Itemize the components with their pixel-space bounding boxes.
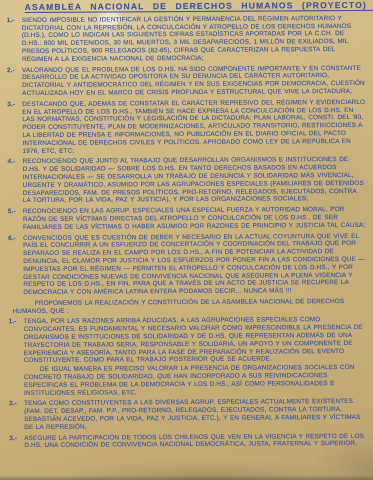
preamble-item-6: 6.- CONVENCIDOS QUE ES CUESTIÓN DE DEBER…: [8, 232, 366, 297]
proposal-item-1: 1.- TENGA, POR LAS RAZONES ARRIBA ADUCID…: [9, 316, 367, 397]
item-number: 1.-: [9, 318, 23, 326]
document-page: ASAMBLEA NACIONAL DE DERECHOS HUMANOS (P…: [0, 0, 373, 480]
item-text: RECONOCIENDO EN LAS AGRUP. ESPECIALES UN…: [23, 206, 365, 231]
document-content: ASAMBLEA NACIONAL DE DERECHOS HUMANOS (P…: [7, 2, 368, 453]
document-title: ASAMBLEA NACIONAL DE DERECHOS HUMANOS (P…: [25, 2, 365, 12]
preamble-item-1: 1.- SIENDO IMPOSIBLE NO IDENTIFICAR LA G…: [7, 15, 365, 64]
item-text: DESTACANDO QUE, ADEMÁS DE CONSTATAR EL C…: [22, 99, 365, 155]
item-text: VALORANDO QUE EL PROBLEMA DE LOS D.Hs. H…: [22, 65, 365, 97]
item-number: 3.-: [9, 435, 23, 443]
preamble-item-3: 3.- DESTACANDO QUE, ADEMÁS DE CONSTATAR …: [7, 99, 365, 156]
item-number: 5.-: [8, 208, 22, 216]
proposal-intro: PROPONEMOS LA REALIZACIÓN Y CONSTITUCIÓN…: [8, 298, 366, 316]
item-text: SIENDO IMPOSIBLE NO IDENTIFICAR LA GESTI…: [22, 15, 351, 63]
preamble-item-2: 2.- VALORANDO QUE EL PROBLEMA DE LOS D.H…: [7, 64, 365, 97]
item-number: 3.-: [7, 101, 21, 109]
preamble-item-4: 4.- RECONOCIENDO QUE JUNTO AL TRABAJO QU…: [8, 156, 366, 205]
item-text: CONVENCIDOS QUE ES CUESTIÓN DE DEBER Y N…: [23, 232, 365, 296]
proposal-item-2: 2.- TENGA COMO CONSTITUYENTES A LAS DIVE…: [9, 398, 367, 431]
item-number: 1.-: [7, 17, 21, 25]
item-number: 4.-: [8, 158, 22, 166]
item-number: 2.-: [7, 67, 21, 75]
item-subtext: DE IGUAL MANERA ES PRECISO VALORAR LA PR…: [24, 364, 367, 397]
item-number: 6.-: [8, 235, 22, 243]
item-text: RECONOCIENDO QUE JUNTO AL TRABAJO QUE DE…: [23, 156, 364, 204]
item-text: ASEGURE LA PARTICIPACIÓN DE TODOS LOS CH…: [24, 433, 364, 450]
scan-bottom-shadow: [0, 475, 373, 480]
preamble-item-5: 5.- RECONOCIENDO EN LAS AGRUP. ESPECIALE…: [8, 206, 366, 232]
item-text: TENGA, POR LAS RAZONES ARRIBA ADUCIDAS, …: [24, 317, 363, 365]
item-number: 2.-: [9, 400, 23, 408]
item-text: TENGA COMO CONSTITUYENTES A LAS DIVERSAS…: [24, 398, 360, 430]
proposal-item-3: 3.- ASEGURE LA PARTICIPACIÓN DE TODOS LO…: [9, 433, 367, 451]
